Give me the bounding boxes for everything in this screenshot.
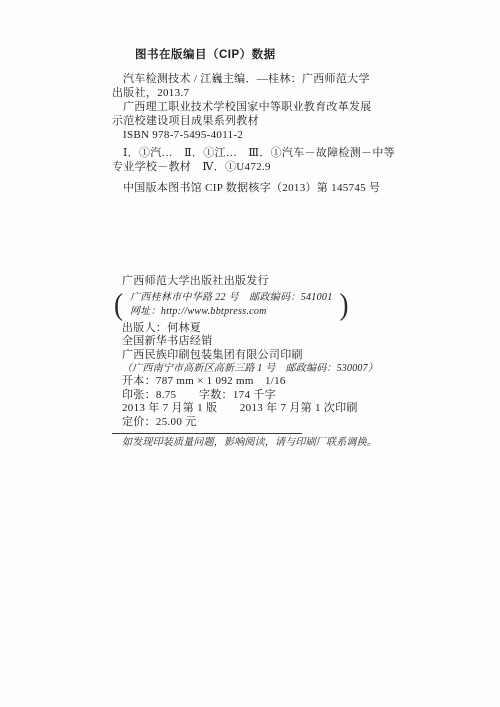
quality-note: 如发现印装质量问题，影响阅读，请与印刷厂联系调换。	[112, 436, 452, 449]
publisher-address-line: 广西桂林市中华路 22 号 邮政编码：541001	[130, 291, 333, 305]
publisher-address-lines: 广西桂林市中华路 22 号 邮政编码：541001 网址：http://www.…	[130, 291, 333, 318]
format-line: 开本：787 mm × 1 092 mm 1/16	[112, 375, 452, 389]
publisher-address-group: ( 广西桂林市中华路 22 号 邮政编码：541001 网址：http://ww…	[112, 290, 452, 320]
book-copyright-page: 图书在版编目（CIP）数据 汽车检测技术 / 江巍主编．—桂林：广西师范大学 出…	[0, 0, 500, 707]
distribution-line: 全国新华书店经销	[112, 335, 452, 349]
cip-title-line-1: 汽车检测技术 / 江巍主编．—桂林：广西师范大学	[112, 72, 412, 86]
publisher-website-line: 网址：http://www.bbtpress.com	[130, 305, 333, 319]
cip-heading: 图书在版编目（CIP）数据	[112, 46, 412, 62]
cip-series-line-1: 广西理工职业技术学校国家中等职业教育改革发展	[112, 100, 412, 114]
imprint-block: 广西师范大学出版社出版发行 ( 广西桂林市中华路 22 号 邮政编码：54100…	[112, 275, 452, 449]
right-paren: )	[340, 289, 349, 320]
price-line: 定价：25.00 元	[112, 416, 452, 430]
cip-series-line-2: 示范校建设项目成果系列教材	[112, 114, 412, 128]
printer-line: 广西民族印刷包装集团有限公司印刷	[112, 349, 452, 363]
cip-classification-line-1: Ⅰ．①汽… Ⅱ．①江… Ⅲ．①汽车－故障检测－中等	[112, 146, 412, 160]
cip-title-line-2: 出版社，2013.7	[112, 86, 412, 100]
divider-rule	[112, 433, 302, 434]
cip-record-line: 中国版本图书馆 CIP 数据核字（2013）第 145745 号	[112, 181, 412, 195]
publisher-line: 广西师范大学出版社出版发行	[112, 275, 452, 289]
sheets-words-line: 印张：8.75 字数：174 千字	[112, 389, 452, 403]
left-paren: (	[114, 289, 123, 320]
printer-address-line: （广西南宁市高新区高新三路 1 号 邮政编码：530007）	[112, 362, 452, 375]
cip-classification-line-2: 专业学校－教材 Ⅳ．①U472.9	[112, 160, 412, 174]
isbn-line: ISBN 978-7-5495-4011-2	[112, 128, 412, 142]
publisher-person-line: 出版人：何林夏	[112, 322, 452, 336]
cip-data-block: 图书在版编目（CIP）数据 汽车检测技术 / 江巍主编．—桂林：广西师范大学 出…	[112, 46, 412, 195]
edition-line: 2013 年 7 月第 1 版 2013 年 7 月第 1 次印刷	[112, 402, 452, 416]
